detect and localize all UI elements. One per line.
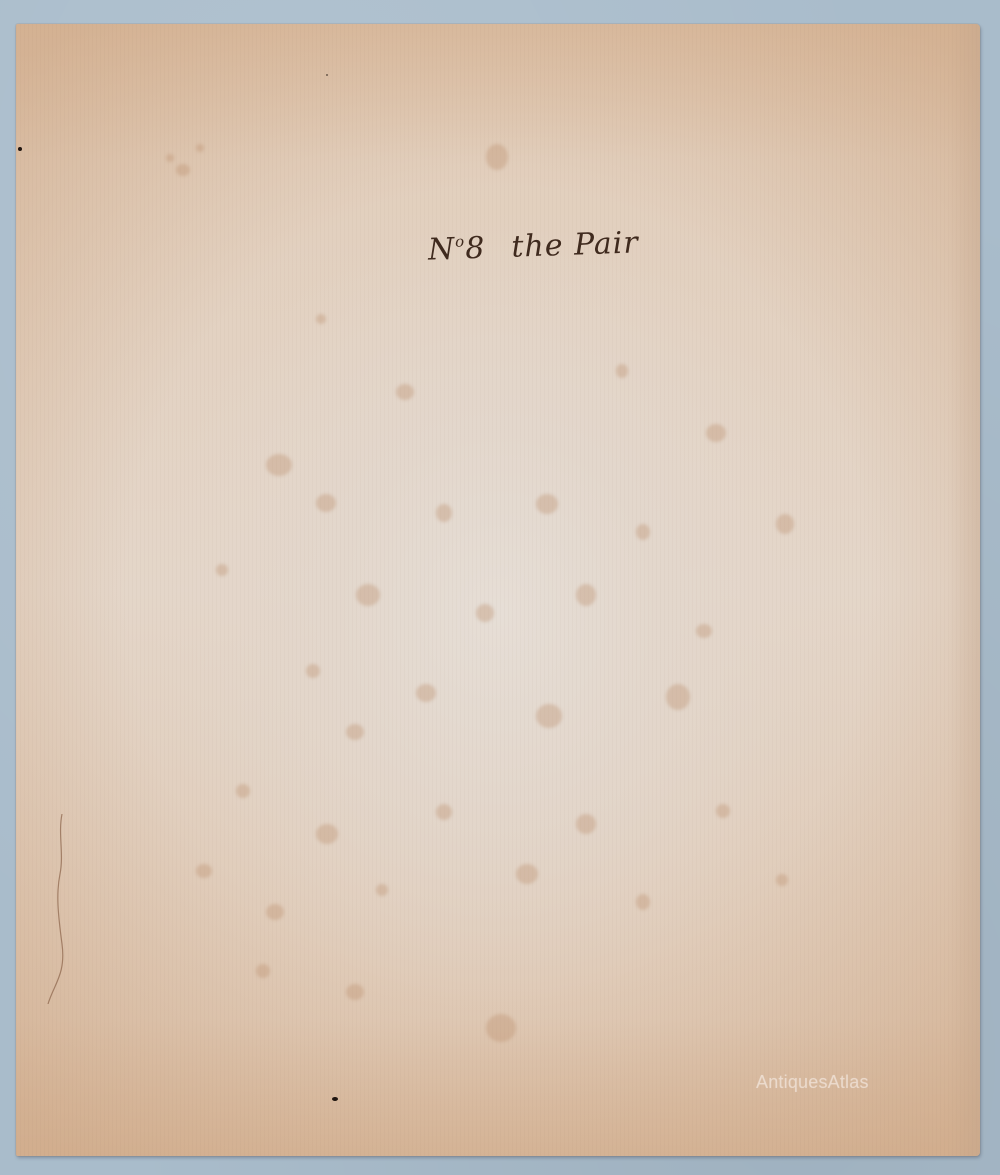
handwritten-inscription: No8the Pair <box>427 225 639 267</box>
ink-speck <box>18 147 22 151</box>
foxing-stains <box>16 24 980 1156</box>
inscription-text: the Pair <box>511 225 639 264</box>
antique-paper-sheet: No8the Pair <box>16 24 980 1156</box>
ink-speck <box>326 74 328 76</box>
watermark-text: AntiquesAtlas <box>756 1072 869 1093</box>
paper-tear-mark <box>44 814 84 1004</box>
inscription-number: No8 <box>427 231 486 268</box>
ink-speck <box>332 1097 338 1101</box>
